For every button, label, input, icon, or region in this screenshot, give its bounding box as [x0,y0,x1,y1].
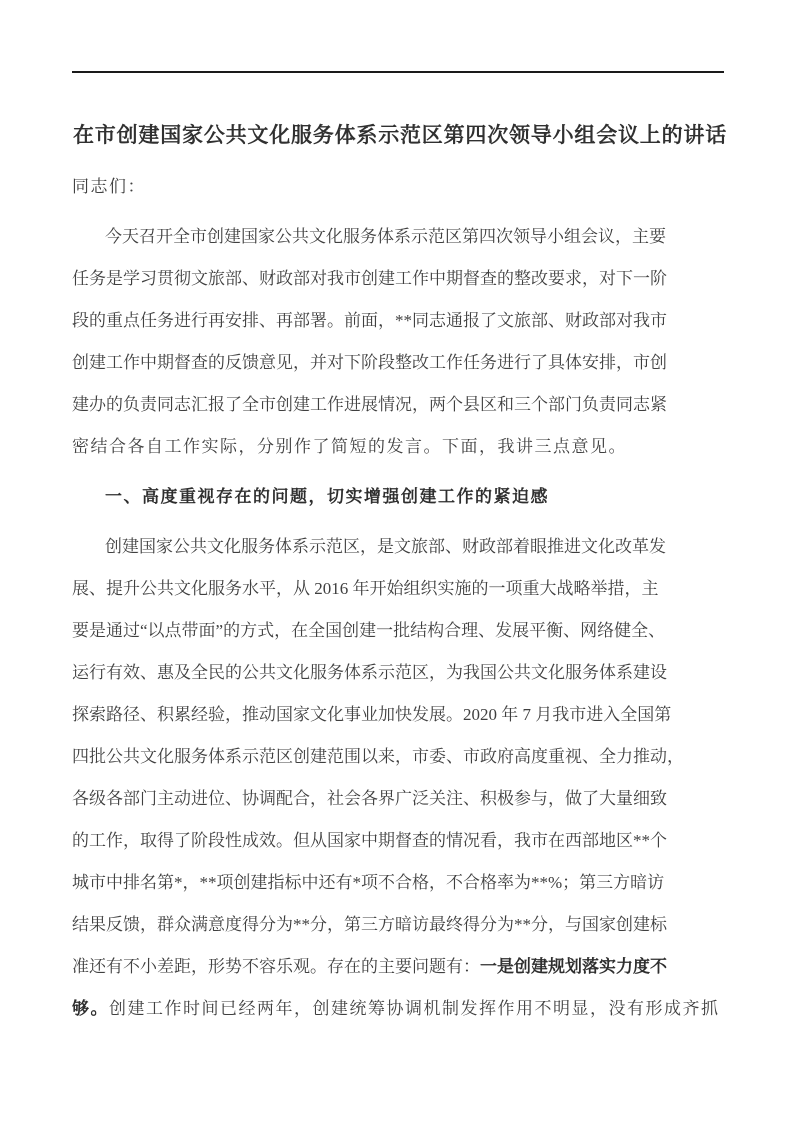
text-segment: 运行有效、惠及全民的公共文化服务体系示范区，为我国公共文化服务体系建设 [72,663,667,682]
salutation: 同志们： [72,166,728,208]
text-line: 探索路径、积累经验，推动国家文化事业加快发展。2020 年 7 月我市进入全国第 [72,694,728,736]
text-segment: 展、提升公共文化服务水平，从 2016 年开始组织实施的一项重大战略举措，主 [72,579,659,598]
text-line: 四批公共文化服务体系示范区创建范围以来，市委、市政府高度重视、全力推动， [72,736,728,778]
document-title: 在市创建国家公共文化服务体系示范区第四次领导小组会议上的讲话 [72,112,728,158]
text-segment: 今天召开全市创建国家公共文化服务体系示范区第四次领导小组会议，主要 [105,227,666,246]
bold-text-segment: 够。 [72,999,109,1018]
text-line: 运行有效、惠及全民的公共文化服务体系示范区，为我国公共文化服务体系建设 [72,652,728,694]
text-line: 密结合各自工作实际，分别作了简短的发言。下面，我讲三点意见。 [72,426,728,468]
text-segment: 结果反馈，群众满意度得分为**分，第三方暗访最终得分为**分，与国家创建标 [72,915,667,934]
text-segment: 探索路径、积累经验，推动国家文化事业加快发展。2020 年 7 月我市进入全国第 [72,705,671,724]
text-segment: 创建工作时间已经两年，创建统筹协调机制发挥作用不明显，没有形成齐抓 [109,999,720,1018]
text-segment: 的工作，取得了阶段性成效。但从国家中期督查的情况看，我市在西部地区**个 [72,831,667,850]
text-line: 段的重点任务进行再安排、再部署。前面，**同志通报了文旅部、财政部对我市 [72,300,728,342]
paragraph: 创建国家公共文化服务体系示范区，是文旅部、财政部着眼推进文化改革发展、提升公共文… [72,526,728,1030]
text-segment: 四批公共文化服务体系示范区创建范围以来，市委、市政府高度重视、全力推动， [72,747,684,766]
document-body: 同志们：今天召开全市创建国家公共文化服务体系示范区第四次领导小组会议，主要任务是… [72,166,728,1030]
text-segment: 段的重点任务进行再安排、再部署。前面，**同志通报了文旅部、财政部对我市 [72,311,667,330]
text-line: 创建国家公共文化服务体系示范区，是文旅部、财政部着眼推进文化改革发 [72,526,728,568]
text-segment: 密结合各自工作实际，分别作了简短的发言。下面，我讲三点意见。 [72,437,627,456]
text-line: 任务是学习贯彻文旅部、财政部对我市创建工作中期督查的整改要求，对下一阶 [72,258,728,300]
text-line: 够。创建工作时间已经两年，创建统筹协调机制发挥作用不明显，没有形成齐抓 [72,988,728,1030]
text-segment: 准还有不小差距，形势不容乐观。存在的主要问题有： [72,957,480,976]
document-content: 在市创建国家公共文化服务体系示范区第四次领导小组会议上的讲话 同志们：今天召开全… [72,0,728,1030]
text-line: 建办的负责同志汇报了全市创建工作进展情况，两个县区和三个部门负责同志紧 [72,384,728,426]
heading: 一、高度重视存在的问题，切实增强创建工作的紧迫感 [72,476,728,518]
text-line: 同志们： [72,166,728,208]
text-line: 一、高度重视存在的问题，切实增强创建工作的紧迫感 [72,476,728,518]
bold-text-segment: 一是创建规划落实力度不 [480,957,667,976]
document-page: 在市创建国家公共文化服务体系示范区第四次领导小组会议上的讲话 同志们：今天召开全… [0,0,793,1122]
text-line: 要是通过“以点带面”的方式，在全国创建一批结构合理、发展平衡、网络健全、 [72,610,728,652]
text-line: 展、提升公共文化服务水平，从 2016 年开始组织实施的一项重大战略举措，主 [72,568,728,610]
text-line: 城市中排名第*，**项创建指标中还有*项不合格，不合格率为**%；第三方暗访 [72,862,728,904]
text-segment: 创建国家公共文化服务体系示范区，是文旅部、财政部着眼推进文化改革发 [105,537,666,556]
text-line: 今天召开全市创建国家公共文化服务体系示范区第四次领导小组会议，主要 [72,216,728,258]
text-segment: 建办的负责同志汇报了全市创建工作进展情况，两个县区和三个部门负责同志紧 [72,395,667,414]
bold-text-segment: 一、高度重视存在的问题，切实增强创建工作的紧迫感 [105,487,549,506]
text-segment: 要是通过“以点带面”的方式，在全国创建一批结构合理、发展平衡、网络健全、 [72,621,665,640]
text-segment: 创建工作中期督查的反馈意见，并对下阶段整改工作任务进行了具体安排，市创 [72,353,667,372]
paragraph: 今天召开全市创建国家公共文化服务体系示范区第四次领导小组会议，主要任务是学习贯彻… [72,216,728,468]
text-segment: 任务是学习贯彻文旅部、财政部对我市创建工作中期督查的整改要求，对下一阶 [72,269,667,288]
text-segment: 同志们： [72,177,146,196]
text-line: 准还有不小差距，形势不容乐观。存在的主要问题有：一是创建规划落实力度不 [72,946,728,988]
text-segment: 城市中排名第*，**项创建指标中还有*项不合格，不合格率为**%；第三方暗访 [72,873,664,892]
text-line: 结果反馈，群众满意度得分为**分，第三方暗访最终得分为**分，与国家创建标 [72,904,728,946]
text-segment: 各级各部门主动进位、协调配合，社会各界广泛关注、积极参与，做了大量细致 [72,789,667,808]
text-line: 创建工作中期督查的反馈意见，并对下阶段整改工作任务进行了具体安排，市创 [72,342,728,384]
text-line: 的工作，取得了阶段性成效。但从国家中期督查的情况看，我市在西部地区**个 [72,820,728,862]
text-line: 各级各部门主动进位、协调配合，社会各界广泛关注、积极参与，做了大量细致 [72,778,728,820]
